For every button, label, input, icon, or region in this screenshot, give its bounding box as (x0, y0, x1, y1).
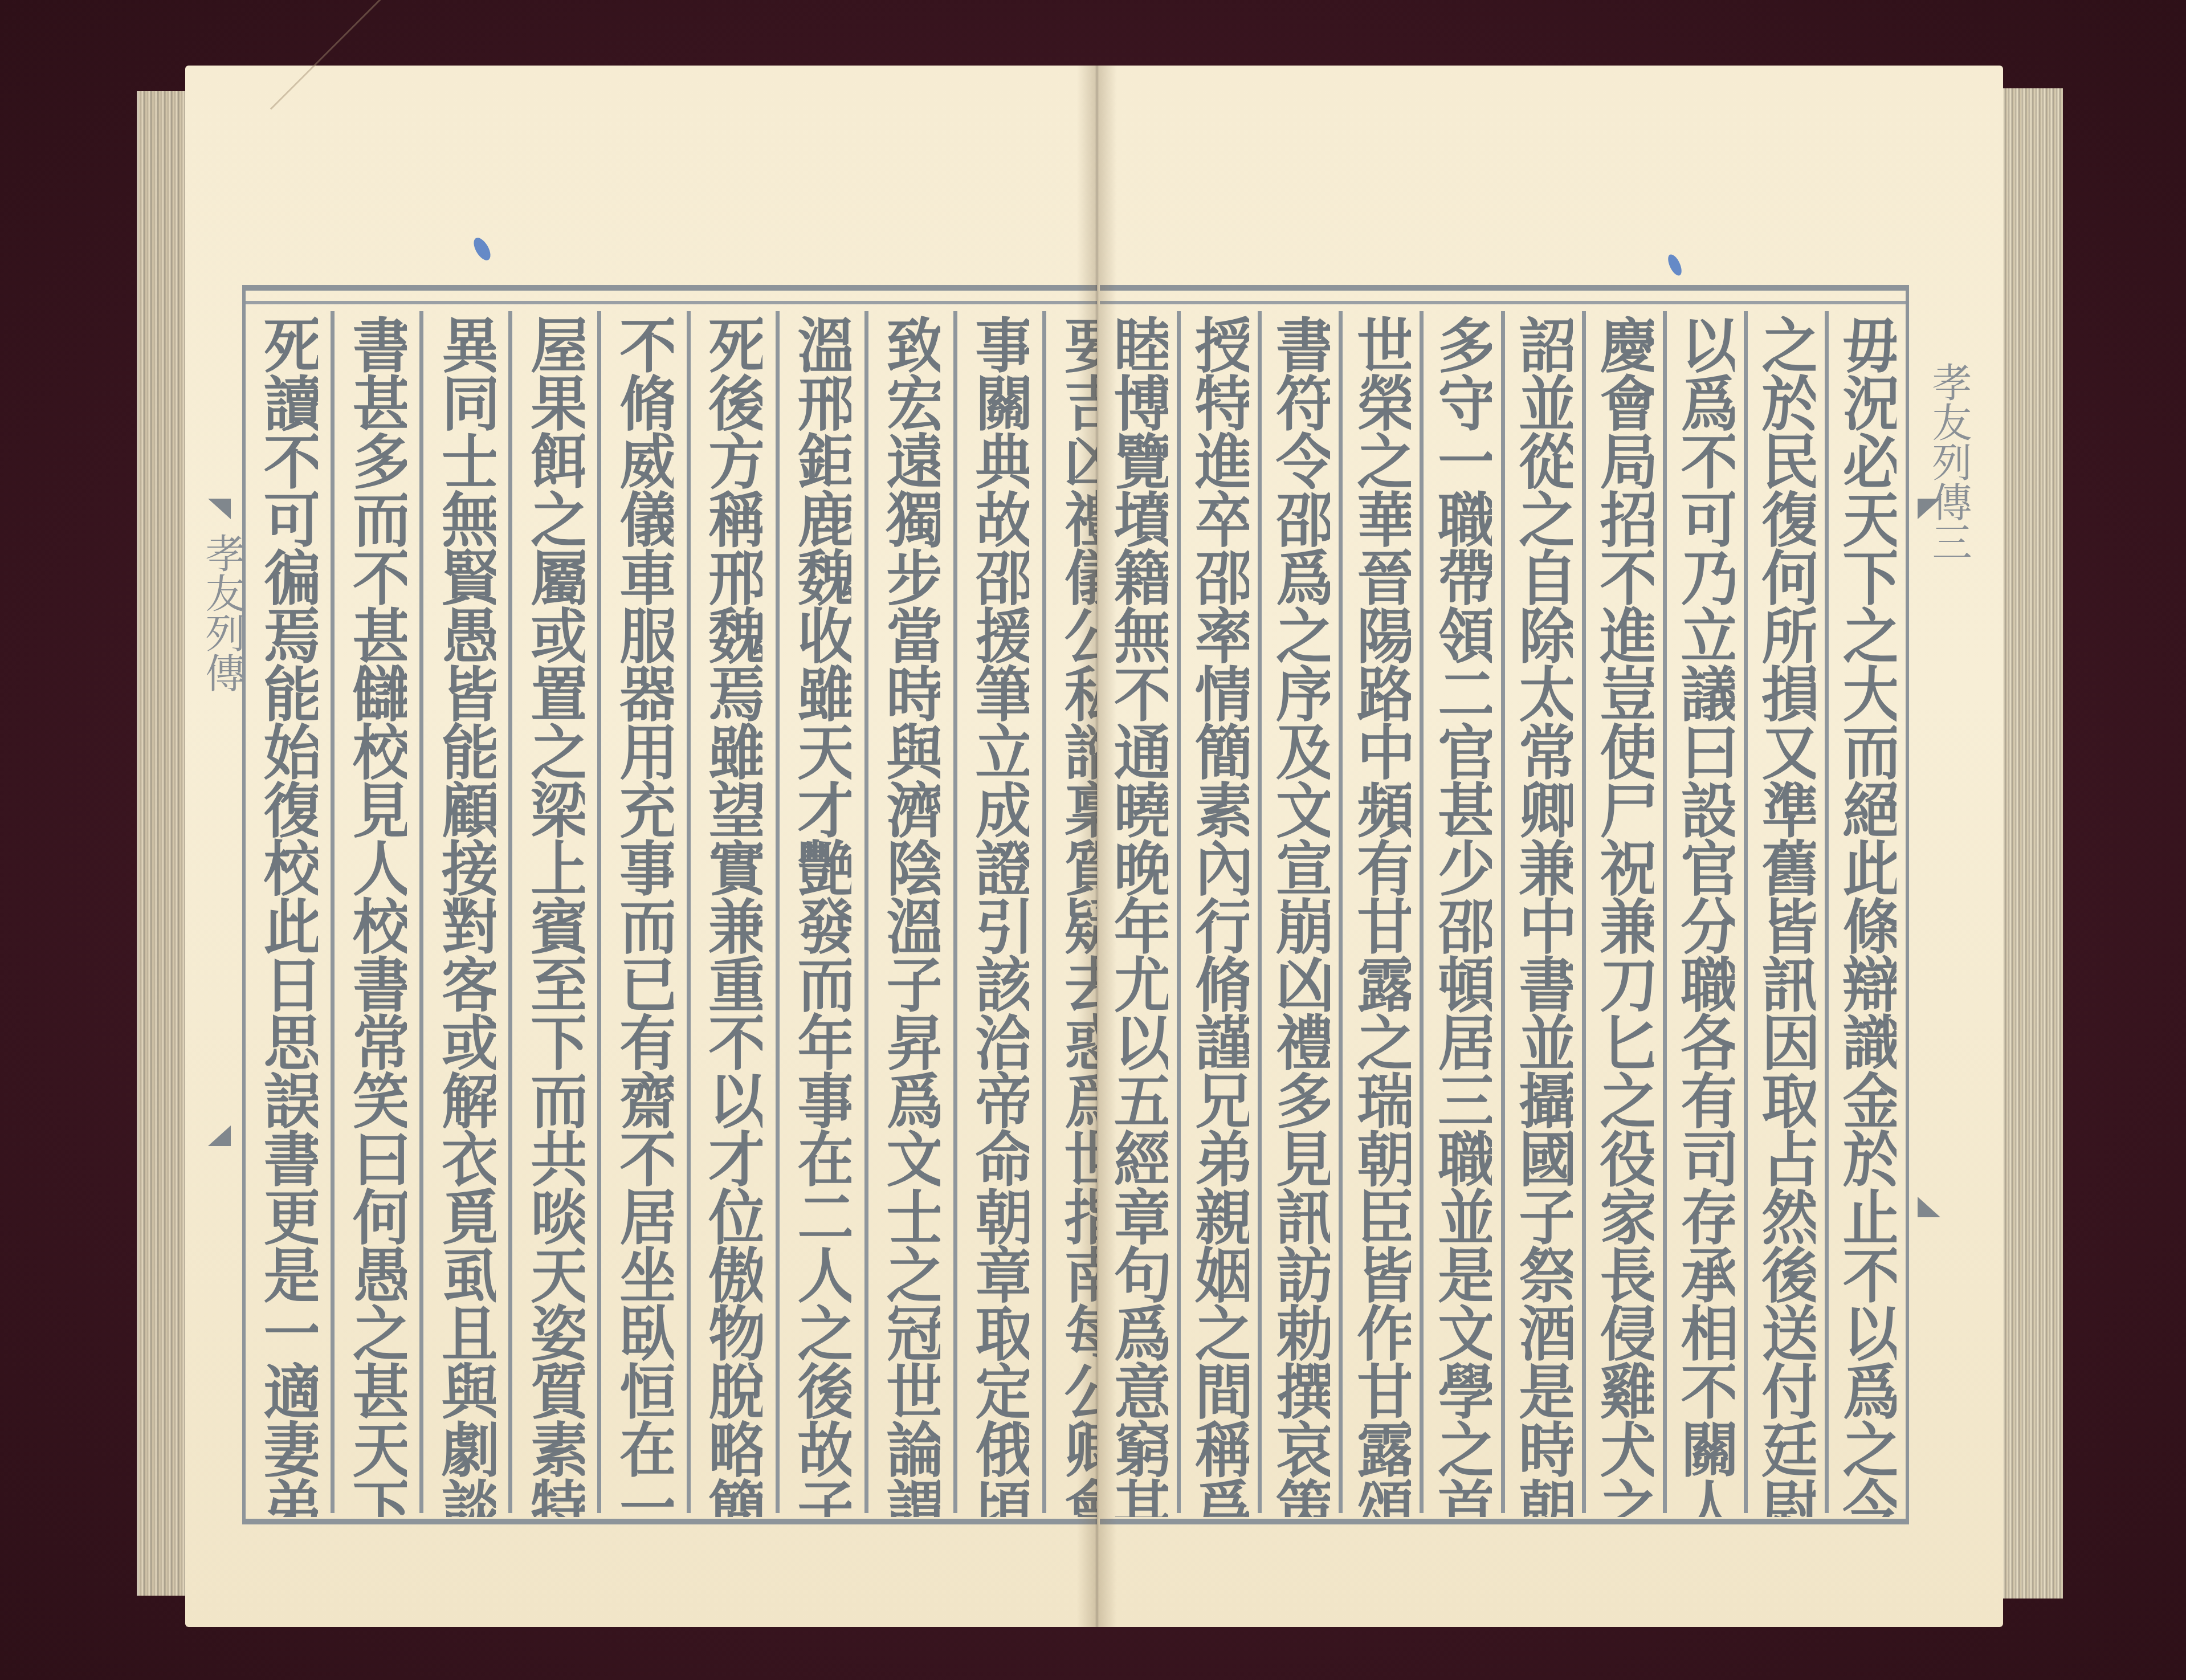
text-column: 以爲不可乃立議曰設官分職各有司存承相不關人 (1663, 311, 1744, 1513)
text-column: 致宏遠獨步當時與濟陰溫子昇爲文士之冠世論謂之 (864, 311, 953, 1513)
fishtail-mark-bottom (208, 1126, 231, 1146)
column-text: 詔並從之自除太常卿兼中書並攝國子祭酒是時朝臣 (1514, 311, 1573, 1517)
column-text: 死後方稱邢魏焉雖望實兼重不以才位傲物脫略簡易 (703, 311, 762, 1517)
column-text: 慶會局招不進豈使尸祝兼刀匕之役家長侵雞犬之功 (1594, 311, 1654, 1517)
column-text: 書甚多而不甚讎校見人校書常笑曰何愚之甚天下書至 (348, 311, 407, 1517)
text-column: 書甚多而不甚讎校見人校書常笑曰何愚之甚天下書至 (331, 311, 419, 1513)
left-text-frame: 要吉凶禮儀公私諮稟質疑去惑爲世指南每公卿會議 事關典故邵援筆立成證引該洽帝命朝章… (242, 285, 1131, 1524)
column-text: 屋果餌之屬或置之梁上賓至下而共啖天姿質素特安 (525, 311, 585, 1517)
text-column: 屋果餌之屬或置之梁上賓至下而共啖天姿質素特安 (508, 311, 597, 1513)
right-page: 毋況必天下之大而絕此條辯識金於止不以爲之今藏 之於民復何所損又準舊皆訊因取占然後… (1097, 66, 2003, 1627)
right-text-frame: 毋況必天下之大而絕此條辯識金於止不以爲之今藏 之於民復何所損又準舊皆訊因取占然後… (1100, 285, 1909, 1524)
text-column: 多守一職帶領二官甚少邵頓居三職並是文學之首當 (1420, 311, 1500, 1513)
blue-ink-mark (1665, 252, 1684, 278)
text-column: 慶會局招不進豈使尸祝兼刀匕之役家長侵雞犬之功 (1582, 311, 1663, 1513)
column-text: 毋況必天下之大而絕此條辯識金於止不以爲之今藏 (1837, 311, 1897, 1517)
column-text: 世榮之華晉陽路中頻有甘露之瑞朝臣皆作甘露頌尚 (1352, 311, 1411, 1517)
column-text: 多守一職帶領二官甚少邵頓居三職並是文學之首當 (1433, 311, 1492, 1517)
text-column: 世榮之華晉陽路中頻有甘露之瑞朝臣皆作甘露頌尚 (1339, 311, 1420, 1513)
column-text: 授特進卒邵率情簡素內行脩謹兄弟親姻之間稱爲雍 (1190, 311, 1249, 1517)
fishtail-mark-top (1918, 499, 1940, 519)
banxin-title: 孝友列傳 (202, 533, 242, 692)
text-column: 死讀不可徧焉能始復校此日思誤書更是一適妻弟李 (246, 311, 331, 1513)
page-stack-left-edge (137, 91, 190, 1596)
frame-top-rule (1100, 301, 1906, 304)
banxin-title: 孝友列傳三 (1929, 362, 1969, 561)
column-text: 死讀不可徧焉能始復校此日思誤書更是一適妻弟李 (259, 311, 318, 1517)
text-column: 之於民復何所損又準舊皆訊因取占然後送付廷尉邵 (1744, 311, 1825, 1513)
left-page: 要吉凶禮儀公私諮稟質疑去惑爲世指南每公卿會議 事關典故邵援筆立成證引該洽帝命朝章… (185, 66, 1097, 1627)
text-column: 事關典故邵援筆立成證引該洽帝命朝章取定俄頃詞 (953, 311, 1042, 1513)
column-text: 書符令邵爲之序及文宣崩凶禮多見訊訪勅撰哀策後 (1271, 311, 1330, 1517)
blue-ink-mark (470, 235, 494, 263)
open-book: 要吉凶禮儀公私諮稟質疑去惑爲世指南每公卿會議 事關典故邵援筆立成證引該洽帝命朝章… (137, 66, 2063, 1633)
column-text: 致宏遠獨步當時與濟陰溫子昇爲文士之冠世論謂之 (881, 311, 940, 1517)
column-text: 溫邢鉅鹿魏收雖天才艷發而年事在二人之後故子昇 (792, 311, 851, 1517)
column-text: 不脩威儀車服器用充事而已有齋不居坐臥恒在一小 (614, 311, 674, 1517)
text-column: 毋況必天下之大而絕此條辯識金於止不以爲之今藏 (1825, 311, 1906, 1513)
column-text: 事關典故邵援筆立成證引該洽帝命朝章取定俄頃詞 (970, 311, 1029, 1517)
text-column: 死後方稱邢魏焉雖望實兼重不以才位傲物脫略簡易 (687, 311, 776, 1513)
column-text: 異同士無賢愚皆能顧接對客或解衣覓虱且與劇談有 (437, 311, 496, 1517)
text-column: 異同士無賢愚皆能顧接對客或解衣覓虱且與劇談有 (419, 311, 508, 1513)
text-column: 授特進卒邵率情簡素內行脩謹兄弟親姻之間稱爲雍 (1177, 311, 1258, 1513)
column-text: 之於民復何所損又準舊皆訊因取占然後送付廷尉邵 (1756, 311, 1816, 1517)
right-page-columns: 毋況必天下之大而絕此條辯識金於止不以爲之今藏 之於民復何所損又準舊皆訊因取占然後… (1100, 311, 1906, 1513)
text-column: 詔並從之自除太常卿兼中書並攝國子祭酒是時朝臣 (1501, 311, 1582, 1513)
text-column: 書符令邵爲之序及文宣崩凶禮多見訊訪勅撰哀策後 (1258, 311, 1339, 1513)
fishtail-mark-bottom (1918, 1197, 1940, 1217)
frame-top-rule (246, 301, 1131, 304)
text-column: 溫邢鉅鹿魏收雖天才艷發而年事在二人之後故子昇 (776, 311, 864, 1513)
left-page-columns: 要吉凶禮儀公私諮稟質疑去惑爲世指南每公卿會議 事關典故邵援筆立成證引該洽帝命朝章… (246, 311, 1131, 1513)
book-gutter (1077, 66, 1117, 1627)
text-column: 不脩威儀車服器用充事而已有齋不居坐臥恒在一小 (597, 311, 686, 1513)
column-text: 以爲不可乃立議曰設官分職各有司存承相不關人 (1675, 311, 1735, 1517)
column-text: 睦博覽墳籍無不通曉晚年尤以五經章句爲意窮其指 (1109, 311, 1168, 1517)
fishtail-mark-top (208, 499, 231, 519)
page-stack-right-edge (2000, 88, 2063, 1599)
